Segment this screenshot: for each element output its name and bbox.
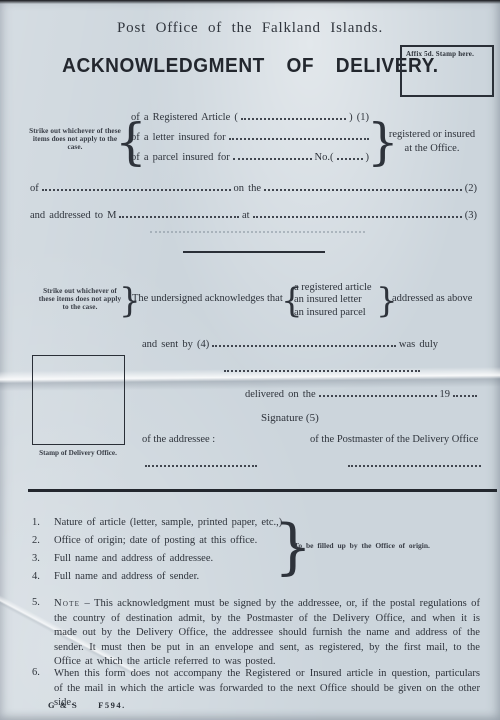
postmaster-signature-label: of the Postmaster of the Delivery Office — [310, 434, 478, 445]
line-text: at — [242, 210, 250, 221]
acknowledgment-of-delivery-form: Post Office of the Falkland Islands. ACK… — [0, 0, 500, 720]
line-text: (3) — [465, 210, 477, 221]
line-text: of a Registered Article ( — [131, 112, 238, 123]
article-kind-list: a registered article an insured letter a… — [294, 282, 378, 319]
fill-in-blank — [224, 370, 420, 372]
fill-in-blank — [264, 189, 462, 191]
line-text: No.( — [315, 152, 334, 163]
article-type-lines: of a Registered Article ( ) (1) of a let… — [131, 112, 369, 172]
signature-heading: Signature (5) — [261, 412, 319, 424]
note-5-paragraph: Note – This acknowledgment must be signe… — [54, 597, 480, 670]
line-text: of a letter insured for — [131, 132, 226, 143]
office-of-origin-note: To be filled up by the Office of origin. — [294, 541, 430, 550]
line-text: of — [30, 183, 39, 194]
delivery-office-stamp-box — [32, 355, 125, 445]
printer-imprint: G & S F594. — [48, 700, 126, 710]
list-item: Full name and address of addressee. — [54, 553, 213, 564]
line-text: (2) — [465, 183, 477, 194]
addressed-to-line: and addressed to M at (3) — [30, 210, 477, 221]
line-text: delivered on the — [245, 389, 316, 400]
fill-in-blank — [337, 158, 363, 160]
list-item: Office of origin; date of posting at thi… — [54, 535, 257, 546]
footer-section-rule — [28, 489, 497, 492]
fill-in-blank — [319, 395, 437, 397]
article-kind: an insured parcel — [294, 307, 378, 319]
insured-letter-line: of a letter insured for — [131, 132, 369, 152]
insured-parcel-line: of a parcel insured for No.( ) — [131, 152, 369, 172]
note-text: – This acknowledgment must be signed by … — [54, 598, 480, 667]
margin-note-strike-out-2: Strike out whichever of these items does… — [38, 287, 122, 312]
note-line: registered or insured — [383, 128, 481, 142]
stamp-box-label: Affix 5d. Stamp here. — [406, 50, 490, 58]
line-text: 19 — [440, 389, 451, 400]
postmaster-signature-blank — [348, 465, 481, 467]
margin-note-strike-out-1: Strike out whichever of these items does… — [26, 127, 124, 152]
photo-top-edge — [0, 0, 500, 4]
line-text: and sent by (4) — [142, 339, 209, 350]
list-item: Nature of article (letter, sample, print… — [54, 517, 282, 528]
form-header: Post Office of the Falkland Islands. — [0, 20, 500, 37]
fill-in-blank — [453, 395, 477, 397]
section-divider-rule — [183, 251, 325, 253]
addressed-as-above-text: addressed as above — [392, 293, 472, 304]
delivery-office-stamp-caption: Stamp of Delivery Office. — [26, 449, 130, 457]
addressee-signature-blank — [145, 465, 257, 467]
registered-article-line: of a Registered Article ( ) (1) — [131, 112, 369, 132]
note-line: at the Office. — [383, 142, 481, 156]
of-on-the-line: of on the (2) — [30, 183, 477, 194]
line-text: of a parcel insured for — [131, 152, 230, 163]
fill-in-blank — [253, 216, 462, 218]
registered-or-insured-note: registered or insured at the Office. — [383, 128, 481, 155]
line-text: was duly — [399, 339, 438, 350]
fill-in-blank — [42, 189, 231, 191]
article-kind: a registered article — [294, 282, 378, 294]
article-kind: an insured letter — [294, 294, 378, 306]
showthrough-line — [150, 231, 365, 233]
list-number: 6. — [32, 667, 48, 678]
list-number: 1. — [32, 517, 48, 528]
form-title-text: ACKNOWLEDGMENT OF DELIVERY. — [62, 54, 438, 78]
stamp-box: Affix 5d. Stamp here. — [400, 45, 494, 97]
list-number: 2. — [32, 535, 48, 546]
acknowledges-lead-text: The undersigned acknowledges that — [132, 293, 283, 304]
fill-in-blank — [119, 216, 239, 218]
list-number: 4. — [32, 571, 48, 582]
fill-in-blank — [229, 138, 369, 140]
fill-in-blank — [233, 158, 312, 160]
fill-in-blank — [212, 345, 396, 347]
fill-in-blank — [241, 118, 346, 120]
delivered-on-line: delivered on the 19 — [245, 389, 477, 400]
line-text: on the — [234, 183, 261, 194]
list-number: 3. — [32, 553, 48, 564]
printer-name: G & S — [48, 700, 78, 710]
sent-by-line: and sent by (4) was duly — [142, 339, 438, 350]
note-label: Note — [54, 598, 80, 609]
list-number: 5. — [32, 597, 48, 608]
addressee-signature-label: of the addressee : — [142, 434, 215, 445]
list-item: Full name and address of sender. — [54, 571, 199, 582]
form-number: F594. — [98, 700, 126, 710]
line-text: and addressed to M — [30, 210, 116, 221]
